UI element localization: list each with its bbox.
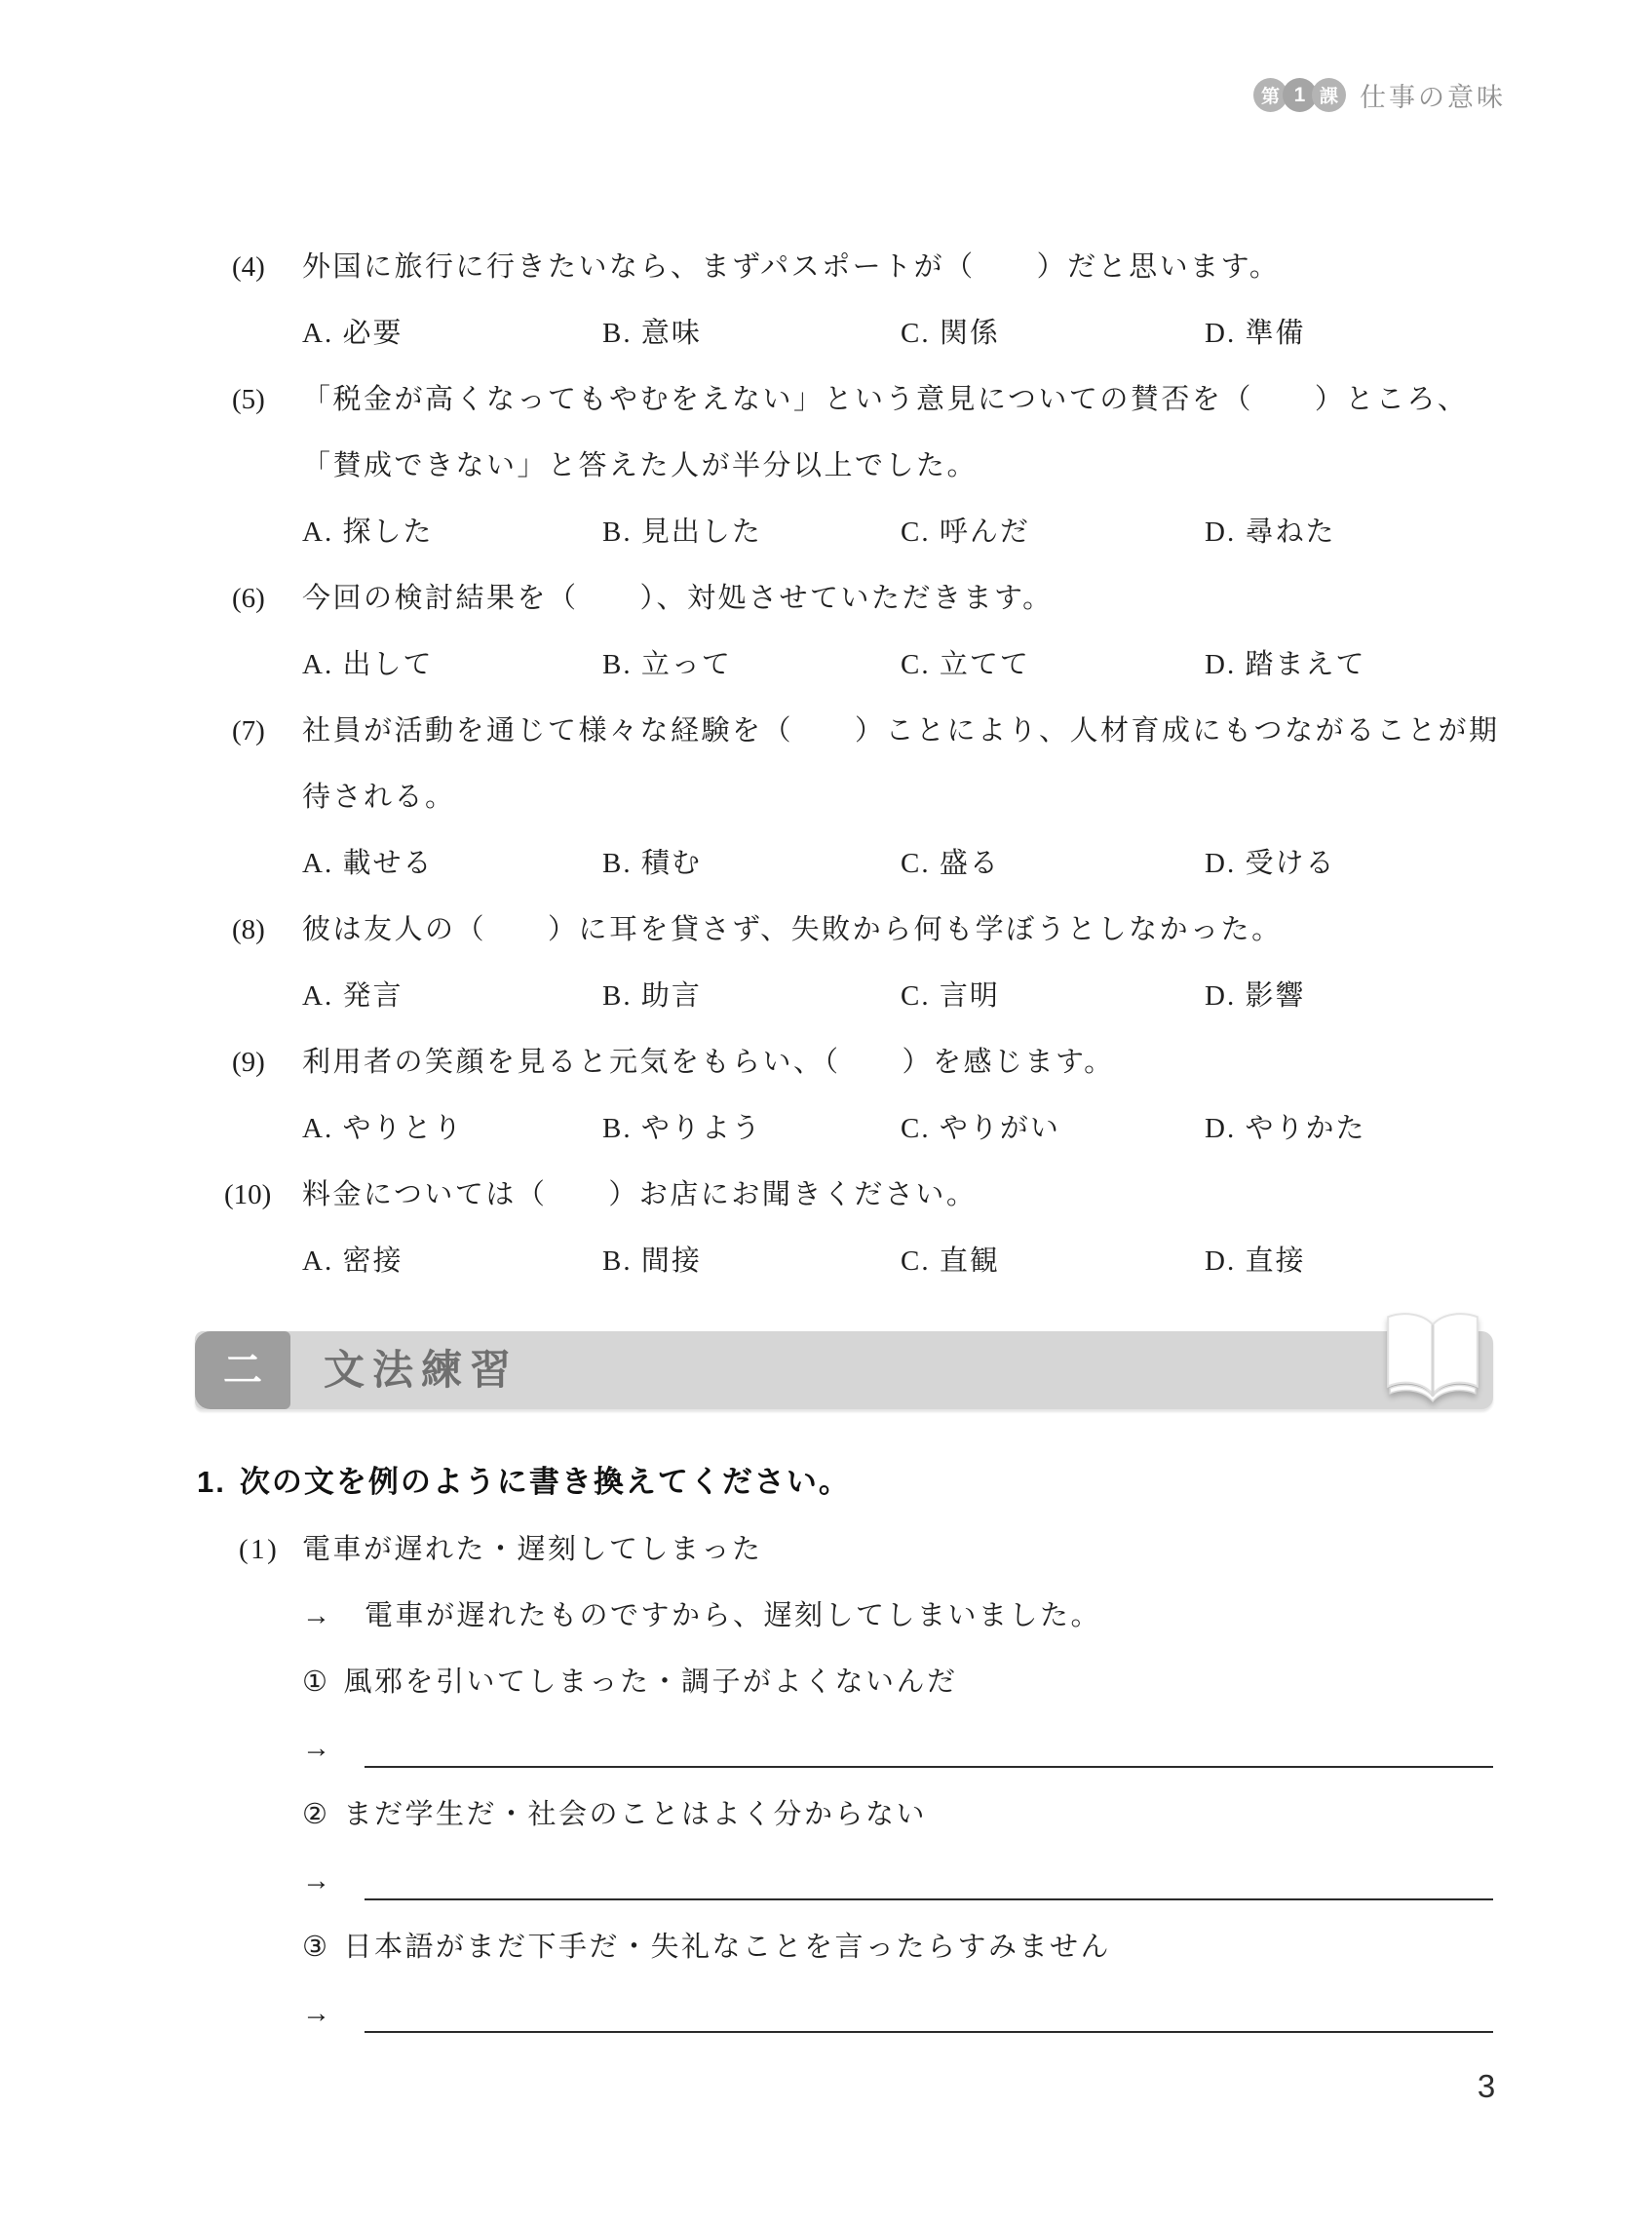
vocab-question-10: (10) 料金については（ ）お店にお聞きください。 A. 密接 B. 間接 C… xyxy=(195,1162,1493,1294)
option-c: C. 関係 xyxy=(901,300,1205,366)
option-a: A. やりとり xyxy=(302,1095,602,1162)
options-row: A. 載せる B. 積む C. 盛る D. 受ける xyxy=(302,830,1493,897)
option-d: D. 尋ねた xyxy=(1205,499,1493,565)
question-text-line-1: 「税金が高くなってもやむをえない」という意見についての賛否を（ ）ところ、 xyxy=(302,366,1493,433)
option-d: D. 直接 xyxy=(1205,1228,1493,1294)
section-banner: 二 文法練習 xyxy=(195,1331,1493,1409)
option-a: A. 必要 xyxy=(302,300,602,366)
chapter-badge-ka: 課 xyxy=(1312,78,1346,112)
example-number: (1) xyxy=(239,1516,279,1583)
option-a: A. 載せる xyxy=(302,830,602,897)
page-header: 第 1 課 仕事の意味 xyxy=(1253,76,1506,114)
option-b: B. 立って xyxy=(602,632,901,698)
answer-underline-2 xyxy=(365,1848,1493,1900)
option-d: D. 受ける xyxy=(1205,830,1493,897)
question-text-line-1: 社員が活動を通じて様々な経験を（ ）ことにより、人材育成にもつながることが期 xyxy=(302,698,1493,764)
arrow-icon: → xyxy=(302,1848,365,1914)
arrow-icon: → xyxy=(302,1980,365,2047)
option-a: A. 探した xyxy=(302,499,602,565)
exercise-number: 1. xyxy=(197,1460,226,1505)
question-body: 利用者の笑顔を見ると元気をもらい、（ ）を感じます。 A. やりとり B. やり… xyxy=(302,1029,1493,1162)
question-text: 利用者の笑顔を見ると元気をもらい、（ ）を感じます。 xyxy=(302,1029,1493,1095)
option-c: C. 立てて xyxy=(901,632,1205,698)
question-body: 「税金が高くなってもやむをえない」という意見についての賛否を（ ）ところ、 「賛… xyxy=(302,366,1493,565)
example-answer-row: → 電車が遅れたものですから、遅刻してしまいました。 xyxy=(302,1583,1493,1649)
option-c: C. 呼んだ xyxy=(901,499,1205,565)
option-b: B. やりよう xyxy=(602,1095,901,1162)
question-body: 外国に旅行に行きたいなら、まずパスポートが（ ）だと思います。 A. 必要 B.… xyxy=(302,234,1493,366)
question-body: 社員が活動を通じて様々な経験を（ ）ことにより、人材育成にもつながることが期 待… xyxy=(302,698,1493,897)
option-a: A. 発言 xyxy=(302,963,602,1029)
answer-blank-row-3: → xyxy=(302,1980,1493,2047)
options-row: A. やりとり B. やりよう C. やりがい D. やりかた xyxy=(302,1095,1493,1162)
options-row: A. 出して B. 立って C. 立てて D. 踏まえて xyxy=(302,632,1493,698)
question-text: 今回の検討結果を（ ）、対処させていただきます。 xyxy=(302,565,1493,632)
option-b: B. 間接 xyxy=(602,1228,901,1294)
subitem-3: ③日本語がまだ下手だ・失礼なことを言ったらすみません xyxy=(302,1914,1493,1980)
question-number: (9) xyxy=(232,1029,265,1095)
section-number: 二 xyxy=(223,1351,262,1390)
circled-number-2: ② xyxy=(302,1799,330,1830)
question-number: (6) xyxy=(232,565,265,632)
option-b: B. 助言 xyxy=(602,963,901,1029)
options-row: A. 密接 B. 間接 C. 直観 D. 直接 xyxy=(302,1228,1493,1294)
answer-blank-row-2: → xyxy=(302,1848,1493,1914)
options-row: A. 探した B. 見出した C. 呼んだ D. 尋ねた xyxy=(302,499,1493,565)
question-text: 彼は友人の（ ）に耳を貸さず、失敗から何も学ぼうとしなかった。 xyxy=(302,897,1493,963)
option-b: B. 意味 xyxy=(602,300,901,366)
exercise-body: (1) 電車が遅れた・遅刻してしまった → 電車が遅れたものですから、遅刻してし… xyxy=(195,1516,1493,2047)
example-item: (1) 電車が遅れた・遅刻してしまった xyxy=(195,1516,1493,1583)
subitem-1-prompt: 風邪を引いてしまった・調子がよくないんだ xyxy=(344,1666,958,1698)
options-row: A. 発言 B. 助言 C. 言明 D. 影響 xyxy=(302,963,1493,1029)
question-number: (5) xyxy=(232,366,265,433)
vocab-question-4: (4) 外国に旅行に行きたいなら、まずパスポートが（ ）だと思います。 A. 必… xyxy=(195,234,1493,366)
options-row: A. 必要 B. 意味 C. 関係 D. 準備 xyxy=(302,300,1493,366)
question-number: (7) xyxy=(232,698,265,764)
question-text-line-2: 待される。 xyxy=(302,764,1493,830)
option-d: D. 準備 xyxy=(1205,300,1493,366)
question-text: 外国に旅行に行きたいなら、まずパスポートが（ ）だと思います。 xyxy=(302,234,1493,300)
vocab-question-6: (6) 今回の検討結果を（ ）、対処させていただきます。 A. 出して B. 立… xyxy=(195,565,1493,698)
arrow-icon: → xyxy=(302,1583,365,1649)
chapter-title: 仕事の意味 xyxy=(1360,76,1506,114)
option-b: B. 見出した xyxy=(602,499,901,565)
option-c: C. 言明 xyxy=(901,963,1205,1029)
question-text-line-2: 「賛成できない」と答えた人が半分以上でした。 xyxy=(302,433,1493,499)
question-number: (10) xyxy=(224,1162,271,1228)
arrow-icon: → xyxy=(302,1715,365,1781)
answer-blank-row-1: → xyxy=(302,1715,1493,1781)
option-a: A. 密接 xyxy=(302,1228,602,1294)
subitem-2: ②まだ学生だ・社会のことはよく分からない xyxy=(302,1781,1493,1848)
exercise-title: 次の文を例のように書き換えてください。 xyxy=(240,1460,851,1505)
subitem-1: ①風邪を引いてしまった・調子がよくないんだ xyxy=(302,1649,1493,1715)
vocab-question-5: (5) 「税金が高くなってもやむをえない」という意見についての賛否を（ ）ところ… xyxy=(195,366,1493,565)
question-body: 料金については（ ）お店にお聞きください。 A. 密接 B. 間接 C. 直観 … xyxy=(302,1162,1493,1294)
textbook-page: 第 1 課 仕事の意味 (4) 外国に旅行に行きたいなら、まずパスポートが（ ）… xyxy=(0,0,1652,2222)
section-number-tab: 二 xyxy=(195,1331,290,1409)
circled-number-1: ① xyxy=(302,1666,330,1698)
option-d: D. やりかた xyxy=(1205,1095,1493,1162)
section-title: 文法練習 xyxy=(324,1331,519,1409)
question-body: 今回の検討結果を（ ）、対処させていただきます。 A. 出して B. 立って C… xyxy=(302,565,1493,698)
option-d: D. 踏まえて xyxy=(1205,632,1493,698)
subitem-3-prompt: 日本語がまだ下手だ・失礼なことを言ったらすみません xyxy=(344,1932,1112,1963)
subitem-2-prompt: まだ学生だ・社会のことはよく分からない xyxy=(344,1799,928,1830)
vocab-question-9: (9) 利用者の笑顔を見ると元気をもらい、（ ）を感じます。 A. やりとり B… xyxy=(195,1029,1493,1162)
vocab-question-8: (8) 彼は友人の（ ）に耳を貸さず、失敗から何も学ぼうとしなかった。 A. 発… xyxy=(195,897,1493,1029)
open-book-icon xyxy=(1378,1302,1487,1415)
option-c: C. 盛る xyxy=(901,830,1205,897)
question-number: (4) xyxy=(232,234,265,300)
option-c: C. やりがい xyxy=(901,1095,1205,1162)
answer-underline-3 xyxy=(365,1980,1493,2033)
option-b: B. 積む xyxy=(602,830,901,897)
option-a: A. 出して xyxy=(302,632,602,698)
main-content: (4) 外国に旅行に行きたいなら、まずパスポートが（ ）だと思います。 A. 必… xyxy=(195,234,1493,2047)
answer-underline-1 xyxy=(365,1715,1493,1768)
exercise-heading: 1. 次の文を例のように書き換えてください。 xyxy=(197,1460,1493,1505)
question-number: (8) xyxy=(232,897,265,963)
example-answer: 電車が遅れたものですから、遅刻してしまいました。 xyxy=(365,1583,1101,1649)
circled-number-3: ③ xyxy=(302,1932,330,1963)
vocab-question-7: (7) 社員が活動を通じて様々な経験を（ ）ことにより、人材育成にもつながること… xyxy=(195,698,1493,897)
example-prompt: 電車が遅れた・遅刻してしまった xyxy=(302,1516,1493,1583)
question-body: 彼は友人の（ ）に耳を貸さず、失敗から何も学ぼうとしなかった。 A. 発言 B.… xyxy=(302,897,1493,1029)
option-c: C. 直観 xyxy=(901,1228,1205,1294)
page-number: 3 xyxy=(1462,2068,1511,2105)
option-d: D. 影響 xyxy=(1205,963,1493,1029)
question-text: 料金については（ ）お店にお聞きください。 xyxy=(302,1162,1493,1228)
